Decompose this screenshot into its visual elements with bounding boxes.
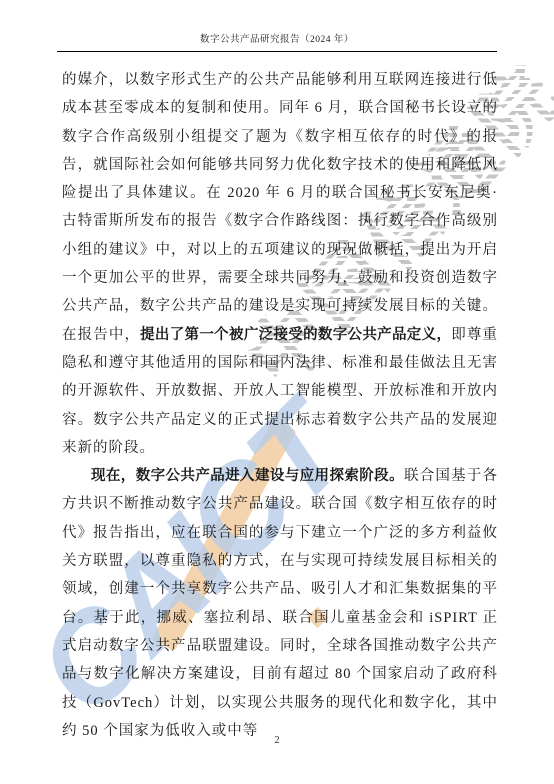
body-text: 的媒介，以数字形式生产的公共产品能够利用互联网连接进行低成本甚至零成本的复制和使… <box>62 66 498 745</box>
text-segment: 即尊重隐私和遵守其他适用的国际和国内法律、标准和最佳做法且无害的开源软件、开放数… <box>62 327 498 456</box>
page-header-title: 数字公共产品研究报告（2024 年） <box>57 31 497 52</box>
text-segment: 的媒介，以数字形式生产的公共产品能够利用互联网连接进行低成本甚至零成本的复制和使… <box>62 72 498 343</box>
report-page: CAICT 中国信通院 数字公共产品研究报告（2024 年） 的媒介，以数字形式… <box>0 0 554 784</box>
bold-text-segment: 提出了第一个被广泛接受的数字公共产品定义， <box>140 327 451 343</box>
page-number: 2 <box>0 735 554 746</box>
paragraph: 现在，数字公共产品进入建设与应用探索阶段。联合国基于各方共识不断推动数字公共产品… <box>62 462 498 745</box>
text-segment: 联合国基于各方共识不断推动数字公共产品建设。联合国《数字相互依存的时代》报告指出… <box>62 468 498 739</box>
bold-text-segment: 现在，数字公共产品进入建设与应用探索阶段。 <box>91 468 404 484</box>
paragraph: 的媒介，以数字形式生产的公共产品能够利用互联网连接进行低成本甚至零成本的复制和使… <box>62 66 498 462</box>
